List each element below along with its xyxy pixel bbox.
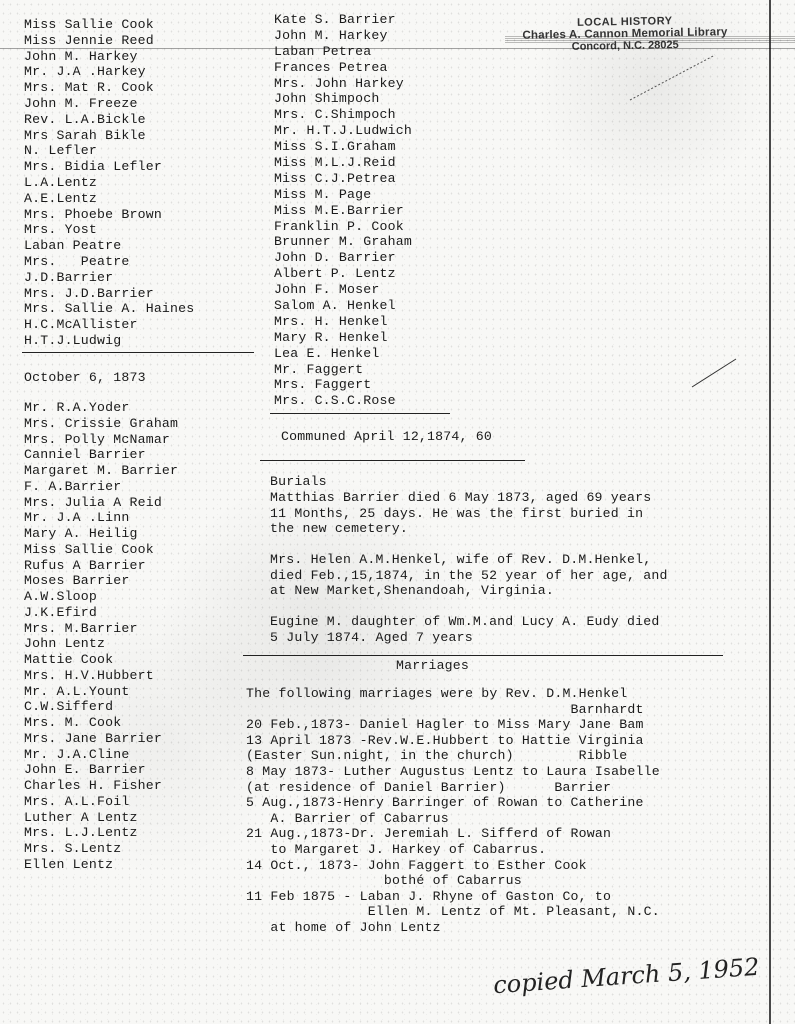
marriage-line: 5 Aug.,1873-Henry Barringer of Rowan to … <box>246 795 660 811</box>
burial-line: Mrs. Helen A.M.Henkel, wife of Rev. D.M.… <box>270 552 668 568</box>
marriage-line: (Easter Sun.night, in the church) Ribble <box>246 748 660 764</box>
name-entry: John D. Barrier <box>274 250 412 266</box>
communicant-list-3: Kate S. BarrierJohn M. HarkeyLaban Petre… <box>274 12 412 409</box>
name-entry: Margaret M. Barrier <box>24 463 178 479</box>
name-entry: Miss S.I.Graham <box>274 139 412 155</box>
name-entry: John M. Harkey <box>24 49 194 65</box>
communicant-list-2: Mr. R.A.YoderMrs. Crissie GrahamMrs. Pol… <box>24 400 178 873</box>
name-entry: Mrs. Yost <box>24 222 194 238</box>
name-entry: Mrs. John Harkey <box>274 76 412 92</box>
name-entry: Mrs. Mat R. Cook <box>24 80 194 96</box>
name-entry: John M. Freeze <box>24 96 194 112</box>
burials-records: Matthias Barrier died 6 May 1873, aged 6… <box>270 490 668 645</box>
name-entry: Moses Barrier <box>24 573 178 589</box>
name-entry: John F. Moser <box>274 282 412 298</box>
name-entry: A.E.Lentz <box>24 191 194 207</box>
name-entry: Salom A. Henkel <box>274 298 412 314</box>
name-entry: Mrs. Faggert <box>274 377 412 393</box>
name-entry: Rufus A Barrier <box>24 558 178 574</box>
section-divider <box>270 413 450 414</box>
name-entry: Mr. R.A.Yoder <box>24 400 178 416</box>
name-entry: Mrs. Phoebe Brown <box>24 207 194 223</box>
name-entry: Ellen Lentz <box>24 857 178 873</box>
name-entry: Mrs Sarah Bikle <box>24 128 194 144</box>
marriage-line: Ellen M. Lentz of Mt. Pleasant, N.C. <box>246 904 660 920</box>
section-date: October 6, 1873 <box>24 370 146 386</box>
marriage-line: at home of John Lentz <box>246 920 660 936</box>
marriage-line: 8 May 1873- Luther Augustus Lentz to Lau… <box>246 764 660 780</box>
name-entry: Mrs. C.S.C.Rose <box>274 393 412 409</box>
name-entry: Mrs. H. Henkel <box>274 314 412 330</box>
name-entry: John M. Harkey <box>274 28 412 44</box>
name-entry: Mrs. H.V.Hubbert <box>24 668 178 684</box>
name-entry: Albert P. Lentz <box>274 266 412 282</box>
name-entry: Mrs. S.Lentz <box>24 841 178 857</box>
name-entry: Miss C.J.Petrea <box>274 171 412 187</box>
name-entry: Mrs. Sallie A. Haines <box>24 301 194 317</box>
name-entry: Mary A. Heilig <box>24 526 178 542</box>
burial-line: 11 Months, 25 days. He was the first bur… <box>270 506 668 522</box>
marriage-line: 20 Feb.,1873- Daniel Hagler to Miss Mary… <box>246 717 660 733</box>
marriage-line: 11 Feb 1875 - Laban J. Rhyne of Gaston C… <box>246 889 660 905</box>
name-entry: N. Lefler <box>24 143 194 159</box>
name-entry: C.W.Sifferd <box>24 699 178 715</box>
name-entry: H.C.McAllister <box>24 317 194 333</box>
name-entry: John Shimpoch <box>274 91 412 107</box>
burial-line: 5 July 1874. Aged 7 years <box>270 630 668 646</box>
name-entry: Miss M. Page <box>274 187 412 203</box>
name-entry: A.W.Sloop <box>24 589 178 605</box>
name-entry: Rev. L.A.Bickle <box>24 112 194 128</box>
name-entry: Laban Petrea <box>274 44 412 60</box>
name-entry: Luther A Lentz <box>24 810 178 826</box>
name-entry: Mrs. L.J.Lentz <box>24 825 178 841</box>
burial-line: Matthias Barrier died 6 May 1873, aged 6… <box>270 490 668 506</box>
name-entry: Mr. H.T.J.Ludwich <box>274 123 412 139</box>
name-entry: J.D.Barrier <box>24 270 194 286</box>
name-entry: Frances Petrea <box>274 60 412 76</box>
name-entry: Mrs. C.Shimpoch <box>274 107 412 123</box>
burial-line <box>270 599 668 615</box>
name-entry: John Lentz <box>24 636 178 652</box>
name-entry: Mrs. A.L.Foil <box>24 794 178 810</box>
pen-stroke-mark <box>620 50 730 110</box>
name-entry: Canniel Barrier <box>24 447 178 463</box>
name-entry: Miss M.E.Barrier <box>274 203 412 219</box>
marriage-line: (at residence of Daniel Barrier) Barrier <box>246 780 660 796</box>
handwritten-signature: copied March 5, 1952 <box>492 953 760 1000</box>
marriage-line: Barnhardt <box>246 702 660 718</box>
name-entry: John E. Barrier <box>24 762 178 778</box>
communed-note: Communed April 12,1874, 60 <box>281 429 492 445</box>
burial-line: at New Market,Shenandoah, Virginia. <box>270 583 668 599</box>
name-entry: Mrs. Jane Barrier <box>24 731 178 747</box>
name-entry: J.K.Efird <box>24 605 178 621</box>
name-entry: Mary R. Henkel <box>274 330 412 346</box>
marriages-records: The following marriages were by Rev. D.M… <box>246 686 660 936</box>
marriage-line: 21 Aug.,1873-Dr. Jeremiah L. Sifferd of … <box>246 826 660 842</box>
name-entry: Mrs. Crissie Graham <box>24 416 178 432</box>
marriage-line: bothé of Cabarrus <box>246 873 660 889</box>
name-entry: Mr. Faggert <box>274 362 412 378</box>
section-divider <box>243 655 723 656</box>
name-entry: F. A.Barrier <box>24 479 178 495</box>
burials-heading: Burials <box>270 474 327 490</box>
marriage-line: 14 Oct., 1873- John Faggert to Esther Co… <box>246 858 660 874</box>
name-entry: Mr. A.L.Yount <box>24 684 178 700</box>
marriage-line: 13 April 1873 -Rev.W.E.Hubbert to Hattie… <box>246 733 660 749</box>
name-entry: Franklin P. Cook <box>274 219 412 235</box>
burial-line: died Feb.,15,1874, in the 52 year of her… <box>270 568 668 584</box>
name-entry: Mrs. J.D.Barrier <box>24 286 194 302</box>
name-entry: L.A.Lentz <box>24 175 194 191</box>
name-entry: Lea E. Henkel <box>274 346 412 362</box>
name-entry: Charles H. Fisher <box>24 778 178 794</box>
section-divider <box>260 460 525 461</box>
name-entry: Mr. J.A.Cline <box>24 747 178 763</box>
name-entry: Kate S. Barrier <box>274 12 412 28</box>
marriage-line: to Margaret J. Harkey of Cabarrus. <box>246 842 660 858</box>
burial-line: Eugine M. daughter of Wm.M.and Lucy A. E… <box>270 614 668 630</box>
marriage-line: The following marriages were by Rev. D.M… <box>246 686 660 702</box>
name-entry: Mrs. Bidia Lefler <box>24 159 194 175</box>
name-entry: Mr. J.A .Linn <box>24 510 178 526</box>
name-entry: Miss Jennie Reed <box>24 33 194 49</box>
section-divider <box>22 352 254 353</box>
name-entry: Mrs. Polly McNamar <box>24 432 178 448</box>
page-edge-line <box>769 0 771 1024</box>
name-entry: Miss M.L.J.Reid <box>274 155 412 171</box>
pen-stroke-mark <box>690 355 740 390</box>
name-entry: Brunner M. Graham <box>274 234 412 250</box>
scanned-page: LOCAL HISTORY Charles A. Cannon Memorial… <box>0 0 795 1024</box>
name-entry: Miss Sallie Cook <box>24 542 178 558</box>
name-entry: Mr. J.A .Harkey <box>24 64 194 80</box>
name-entry: Mrs. Julia A Reid <box>24 495 178 511</box>
burial-line <box>270 537 668 553</box>
communicant-list-1: Miss Sallie CookMiss Jennie ReedJohn M. … <box>24 17 194 349</box>
marriage-line: A. Barrier of Cabarrus <box>246 811 660 827</box>
name-entry: Mattie Cook <box>24 652 178 668</box>
burial-line: the new cemetery. <box>270 521 668 537</box>
name-entry: Mrs. M. Cook <box>24 715 178 731</box>
name-entry: Mrs. M.Barrier <box>24 621 178 637</box>
name-entry: Miss Sallie Cook <box>24 17 194 33</box>
marriages-heading: Marriages <box>396 658 469 674</box>
name-entry: H.T.J.Ludwig <box>24 333 194 349</box>
name-entry: Laban Peatre <box>24 238 194 254</box>
name-entry: Mrs. Peatre <box>24 254 194 270</box>
